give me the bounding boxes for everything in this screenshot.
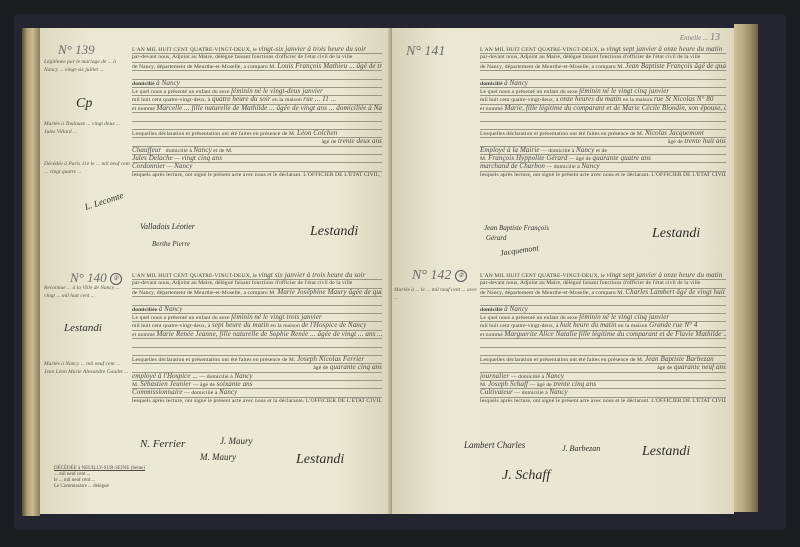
- margin-note-marriage: Mariée à Toulouse ... vingt deux ... Jul…: [44, 120, 130, 136]
- left-page-edges: [22, 28, 40, 516]
- act-body: L'AN MIL HUIT CENT QUATRE-VINGT-DEUX, le…: [132, 46, 382, 179]
- signature-2: J. Maury: [220, 436, 253, 446]
- signature-2: Berthe Pierre: [152, 240, 190, 248]
- witness2-occ: Cordonnier — Nancy: [132, 163, 382, 171]
- witness1-occ: Chauffeur domicilié à Nancy et de M.: [132, 147, 382, 155]
- act-141: N° 141 L'AN MIL HUIT CENT QUATRE-VINGT-D…: [392, 28, 734, 268]
- margin-note-legitimation: Légitimée par le mariage de ... à Nancy …: [44, 58, 130, 74]
- signature-3: J. Schaff: [502, 468, 550, 484]
- margin-note-marriage: Mariée à Nancy ... mil neuf cent ... Jea…: [44, 360, 130, 376]
- act-number: N° 141: [406, 44, 445, 60]
- margin-signature-2: L. Lecomte: [83, 190, 124, 212]
- officer-signature: Lestandi: [296, 452, 344, 468]
- witness1-age: âgé de trente deux ans: [132, 138, 382, 146]
- margin-note-recognition: Reconnue ... à la Ville de Nancy ... vin…: [44, 284, 130, 300]
- officer-signature: Lestandi: [642, 444, 690, 460]
- signature-3: M. Maury: [200, 452, 236, 462]
- domicile-line: domicilié à Nancy: [132, 80, 382, 88]
- act-number: N° 139: [58, 42, 95, 58]
- act-140: N° 140 ② Reconnue ... à la Ville de Nanc…: [40, 268, 392, 514]
- named-line: et nommé Marcelle ... fille naturelle de…: [132, 105, 382, 113]
- act-body: L'AN MIL HUIT CENT QUATRE-VINGT-DEUX, le…: [132, 272, 382, 405]
- comparant-cont: [132, 71, 382, 79]
- witness2: Jules Delache — vingt cinq ans: [132, 155, 382, 163]
- signature-1: Valladois Léotier: [140, 222, 195, 231]
- margin-signature: Cp: [76, 96, 92, 112]
- right-page: Ennelle ... 13 N° 141 L'AN MIL HUIT CENT…: [392, 28, 734, 514]
- signature-2: J. Barbezan: [562, 444, 600, 453]
- act-139: N° 139 Légitimée par le mariage de ... à…: [40, 28, 392, 268]
- margin-note-marriage: Mariée à ... le ... mil neuf cent ... av…: [394, 286, 478, 302]
- signature-2: Gérard: [486, 234, 506, 242]
- signature-1: N. Ferrier: [140, 438, 185, 450]
- closing-line: lesquels après lecture, ont signé le pré…: [132, 172, 382, 179]
- signature-1: Lambert Charles: [464, 440, 525, 450]
- child-line-2: mil huit cent quatre-vingt-deux, à quatr…: [132, 96, 382, 104]
- act-body: L'AN MIL HUIT CENT QUATRE-VINGT-DEUX, le…: [480, 46, 726, 179]
- death-stamp: DÉCÉDÉE à NEUILLY-SUR-SEINE (Seine) ... …: [54, 466, 164, 490]
- child-line-1: Le quel nous a présenté un enfant du sex…: [132, 88, 382, 96]
- left-page: N° 139 Légitimée par le mariage de ... à…: [40, 28, 392, 514]
- declaration-line: Lesquelles déclaration et présentation o…: [132, 130, 382, 138]
- act-number: N° 142 ②: [412, 268, 467, 284]
- header-line: L'AN MIL HUIT CENT QUATRE-VINGT-DEUX, le…: [132, 272, 382, 280]
- header-line: L'AN MIL HUIT CENT QUATRE-VINGT-DEUX, le…: [132, 46, 382, 54]
- margin-note-death: Décédée à Paris 11e le ... mil neuf cent…: [44, 160, 130, 176]
- signature-1: Jean Baptiste François: [484, 224, 549, 232]
- right-page-edges: [734, 24, 758, 512]
- officer-signature: Lestandi: [652, 226, 700, 242]
- circle-mark: ②: [455, 270, 467, 282]
- line-3: de Nancy, département de Meurthe-et-Mose…: [132, 63, 382, 71]
- margin-signature: Lestandi: [64, 322, 102, 334]
- signature-3: Jacquemont: [500, 243, 540, 257]
- act-142: N° 142 ② Mariée à ... le ... mil neuf ce…: [392, 268, 734, 514]
- act-body: L'AN MIL HUIT CENT QUATRE-VINGT-DEUX, le…: [480, 272, 726, 405]
- officer-signature: Lestandi: [310, 224, 358, 240]
- line-2: par-devant nous, Adjoint au Maire, délég…: [132, 54, 382, 62]
